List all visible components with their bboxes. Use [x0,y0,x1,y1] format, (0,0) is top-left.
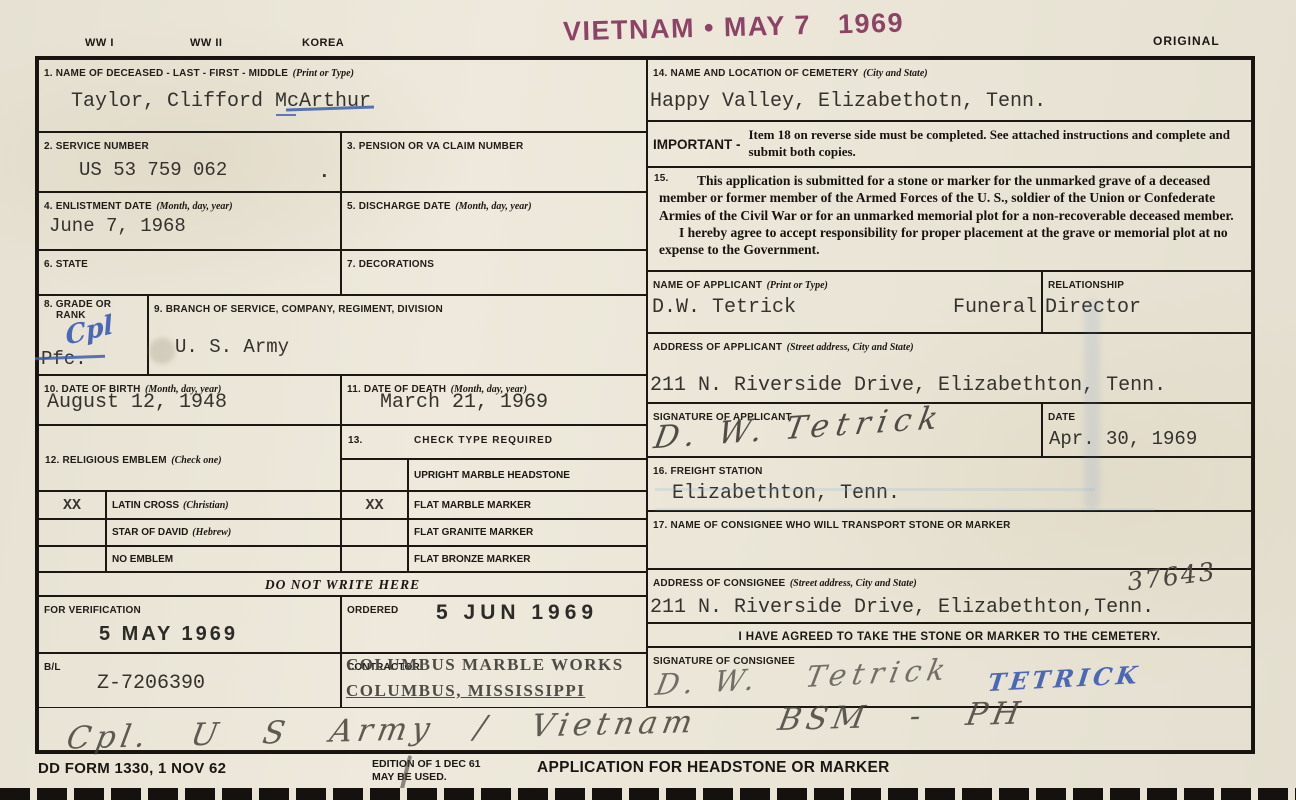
verification-date-stamp: 5 MAY 1969 [99,623,238,646]
ordered-date-stamp: 5 JUN 1969 [436,601,598,625]
field-branch-of-service: 9. BRANCH OF SERVICE, COMPANY, REGIMENT,… [148,295,647,375]
applicant-name-value: D.W. Tetrick [652,296,796,319]
consignee-address-value: 211 N. Riverside Drive, Elizabethton,Ten… [650,596,1154,619]
cemetery-value: Happy Valley, Elizabethotn, Tenn. [650,90,1046,113]
ink-smudge [149,338,175,364]
field-label: RELATIONSHIP [1048,280,1124,291]
field-label: 16. FREIGHT STATION [653,466,763,477]
field-state: 6. STATE [38,250,341,295]
field-enlistment-date: 4. ENLISTMENT DATE (Month, day, year) Ju… [38,192,341,250]
field-label-paren: (Month, day, year) [156,201,232,212]
contractor-stamp-line1: COLUMBUS MARBLE WORKS [346,655,624,675]
era-label-ww1: WW I [85,37,114,49]
do-not-write-here-banner: DO NOT WRITE HERE [38,572,647,596]
field-label: ORDERED [347,605,398,616]
important-note: IMPORTANT - Item 18 on reverse side must… [647,121,1252,167]
field-label: 2. SERVICE NUMBER [44,141,149,152]
checkbox-no-emblem[interactable] [38,546,106,572]
field-date-of-birth: 10. DATE OF BIRTH (Month, day, year) Aug… [38,375,341,425]
field-label: 7. DECORATIONS [347,259,434,270]
option-star-of-david: STAR OF DAVID(Hebrew) [106,519,341,546]
freight-station-value: Elizabethton, Tenn. [672,482,900,505]
field-label: 4. ENLISTMENT DATE [44,201,152,212]
field-ordered: ORDERED 5 JUN 1969 [341,596,647,653]
field-label: 14. NAME AND LOCATION OF CEMETERY [653,68,859,79]
option-flat-marble-marker: FLAT MARBLE MARKER [408,491,647,519]
field-pension-claim-number: 3. PENSION OR VA CLAIM NUMBER [341,132,647,192]
field-for-verification: FOR VERIFICATION 5 MAY 1969 [38,596,341,653]
certification-statement: 15. This application is submitted for a … [647,167,1252,271]
statement-paragraph-2: I hereby agree to accept responsibility … [653,224,1246,259]
branch-value: U. S. Army [175,336,289,358]
form-title: APPLICATION FOR HEADSTONE OR MARKER [537,759,890,777]
field-label-paren: (City and State) [863,68,927,79]
field-applicant-address: ADDRESS OF APPLICANT (Street address, Ci… [647,333,1252,403]
service-number-value: US 53 759 062 [79,159,227,181]
field-label: 3. PENSION OR VA CLAIM NUMBER [347,141,523,152]
death-date-value: March 21, 1969 [380,391,548,414]
option-flat-granite-marker: FLAT GRANITE MARKER [408,519,647,546]
form-number: DD FORM 1330, 1 NOV 62 [38,760,226,777]
field-label: 1. NAME OF DECEASED - LAST - FIRST - MID… [44,68,288,79]
film-edge-bar [0,788,1296,800]
field-consignee-address: ADDRESS OF CONSIGNEE (Street address, Ci… [647,569,1252,623]
stray-period-mark: . [319,161,330,183]
struck-name-part: cArthur [287,90,371,113]
field-label: CHECK TYPE REQUIRED [414,435,553,446]
field-date-of-death: 11. DATE OF DEATH (Month, day, year) Mar… [341,375,647,425]
field-freight-station: 16. FREIGHT STATION Elizabethton, Tenn. [647,457,1252,511]
field-number: 15. [654,173,669,184]
field-label: 6. STATE [44,259,88,270]
field-label: 9. BRANCH OF SERVICE, COMPANY, REGIMENT,… [154,304,443,315]
form-border: 1. NAME OF DECEASED - LAST - FIRST - MID… [35,56,1255,754]
enlistment-date-value: June 7, 1968 [49,215,186,237]
field-contractor: CONTRACTOR COLUMBUS MARBLE WORKS COLUMBU… [341,653,647,708]
field-label: 17. NAME OF CONSIGNEE WHO WILL TRANSPORT… [653,520,1011,531]
field-cemetery: 14. NAME AND LOCATION OF CEMETERY (City … [647,59,1252,121]
field-label: ADDRESS OF APPLICANT [653,342,782,353]
field-applicant-signature: SIGNATURE OF APPLICANT D. W. Tetrick [647,403,1042,457]
vietnam-date-stamp: VIETNAM • MAY 7 1969 [563,8,905,48]
field-label-paren: (Street address, City and State) [790,578,917,589]
field-label: 8. GRADE OR [44,299,142,310]
consignee-signature-blue-ink: TETRICK [986,660,1143,697]
era-label-korea: KOREA [302,37,344,49]
field-grade-or-rank: 8. GRADE OR RANK Pfc. Cpl [38,295,148,375]
field-bill-of-lading: B/L Z-7206390 [38,653,341,708]
checkbox-star-of-david[interactable] [38,519,106,546]
field-label: FOR VERIFICATION [44,605,141,616]
relationship-value-part2: Director [1045,296,1141,319]
field-label-paren: (Print or Type) [293,68,354,79]
birth-date-value: August 12, 1948 [47,391,227,414]
option-upright-marble-headstone: UPRIGHT MARBLE HEADSTONE [408,459,647,491]
handwritten-notation-strip: Cpl. U S Army / Vietnam BSM - PH [38,707,1252,751]
field-date: DATE Apr. 30, 1969 [1042,403,1252,457]
checkbox-flat-bronze[interactable] [341,546,408,572]
field-label-paren: (Check one) [171,455,221,466]
field-label: DATE [1048,412,1075,423]
field-check-type-required: 13. CHECK TYPE REQUIRED [341,425,647,459]
contractor-stamp-line2: COLUMBUS, MISSISSIPPI [346,681,585,701]
field-label: B/L [44,662,61,673]
applicant-address-value: 211 N. Riverside Drive, Elizabethton, Te… [650,374,1166,397]
field-label: 5. DISCHARGE DATE [347,201,451,212]
original-label: ORIGINAL [1153,34,1220,48]
checkbox-latin-cross[interactable]: XX [38,491,106,519]
bl-number-value: Z-7206390 [97,672,205,695]
deceased-name-value: Taylor, Clifford McArthur [71,90,371,113]
relationship-value-part1: Funeral [953,296,1037,319]
important-text: Item 18 on reverse side must be complete… [749,127,1247,160]
statement-paragraph-1: This application is submitted for a ston… [653,171,1246,224]
field-label-paren: (Print or Type) [767,280,828,291]
field-consignee-name: 17. NAME OF CONSIGNEE WHO WILL TRANSPORT… [647,511,1252,569]
field-label: ADDRESS OF CONSIGNEE [653,578,785,589]
field-number: 13. [348,435,363,446]
field-label-paren: (Street address, City and State) [787,342,914,353]
field-name-of-deceased: 1. NAME OF DECEASED - LAST - FIRST - MID… [38,59,647,132]
era-label-ww2: WW II [190,37,222,49]
field-religious-emblem: 12. RELIGIOUS EMBLEM (Check one) [38,425,341,491]
blue-underline-mark [276,114,296,116]
field-discharge-date: 5. DISCHARGE DATE (Month, day, year) [341,192,647,250]
signature-date-value: Apr. 30, 1969 [1049,428,1197,450]
option-latin-cross: LATIN CROSS(Christian) [106,491,341,519]
agreed-statement-banner: I HAVE AGREED TO TAKE THE STONE OR MARKE… [647,623,1252,647]
applicant-signature-script: D. W. Tetrick [651,400,947,457]
field-label: NAME OF APPLICANT [653,280,762,291]
edition-note-line1: EDITION OF 1 DEC 61 [372,758,481,770]
option-flat-bronze-marker: FLAT BRONZE MARKER [408,546,647,572]
checkbox-upright-marble[interactable] [341,459,408,491]
field-service-number: 2. SERVICE NUMBER US 53 759 062 . [38,132,341,192]
field-decorations: 7. DECORATIONS [341,250,647,295]
typed-rank-struck: Pfc. [41,348,87,370]
option-no-emblem: NO EMBLEM [106,546,341,572]
edition-note-line2: MAY BE USED. [372,771,447,783]
field-label-paren: (Month, day, year) [455,201,531,212]
scanned-form-page: WW I WW II KOREA VIETNAM • MAY 7 1969 OR… [0,0,1296,800]
field-relationship: RELATIONSHIP Director [1042,271,1252,333]
important-label: IMPORTANT - [653,137,741,152]
checkbox-flat-granite[interactable] [341,519,408,546]
field-applicant-name: NAME OF APPLICANT (Print or Type) D.W. T… [647,271,1042,333]
checkbox-flat-marble[interactable]: XX [341,491,408,519]
field-label: 12. RELIGIOUS EMBLEM [45,455,167,466]
